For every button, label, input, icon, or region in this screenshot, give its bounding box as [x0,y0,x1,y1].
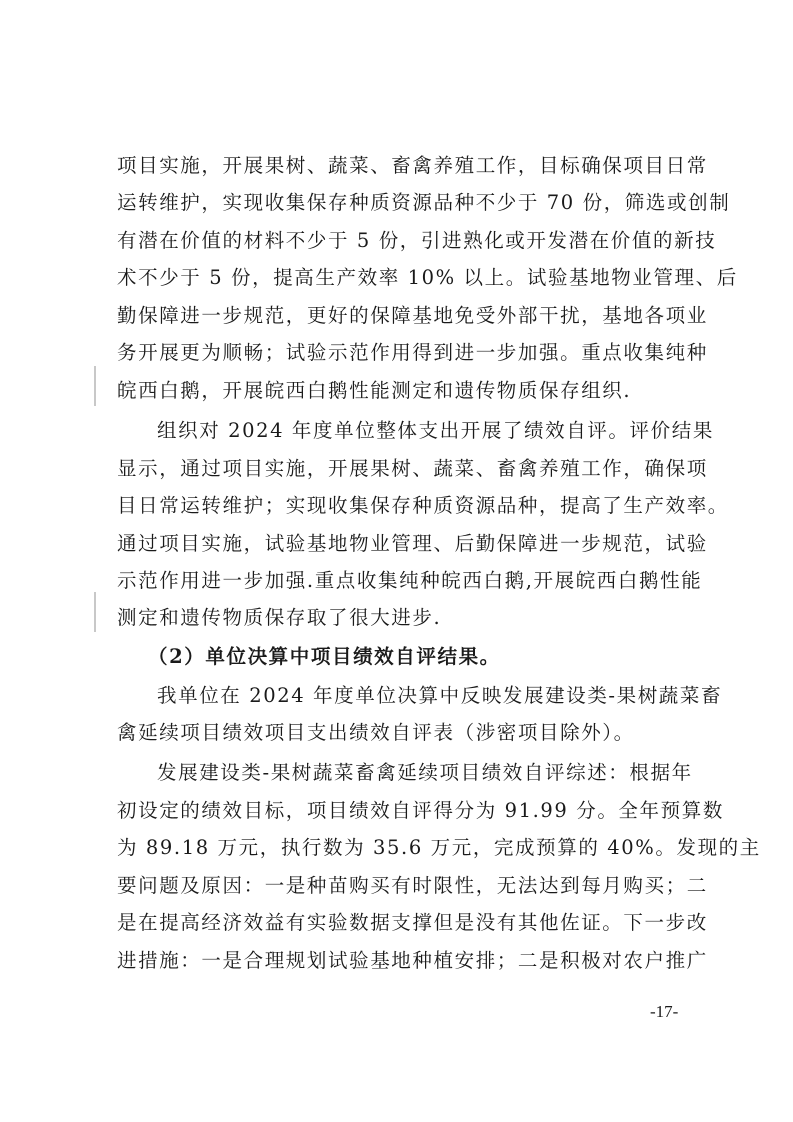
revision-bar [94,592,96,632]
paragraph-line: 发展建设类-果树蔬菜畜禽延续项目绩效自评综述：根据年 [157,759,682,787]
paragraph-line: 组织对 2024 年度单位整体支出开展了绩效自评。评价结果 [157,417,682,445]
paragraph-line: 我单位在 2024 年度单位决算中反映发展建设类-果树蔬菜畜 [157,682,682,710]
paragraph-line: 是在提高经济效益有实验数据支撑但是没有其他佐证。下一步改 [117,909,682,937]
paragraph-line: 为 89.18 万元，执行数为 35.6 万元，完成预算的 40%。发现的主 [117,834,682,862]
paragraph-line: 务开展更为顺畅；试验示范作用得到进一步加强。重点收集纯种 [117,339,682,367]
section-heading: （2）单位决算中项目绩效自评结果。 [148,643,673,671]
paragraph-line: 术不少于 5 份，提高生产效率 10% 以上。试验基地物业管理、后 [117,264,682,292]
page-number: -17- [650,1002,678,1022]
paragraph-line: 皖西白鹅，开展皖西白鹅性能测定和遗传物质保存组织. [117,377,682,405]
paragraph-line: 初设定的绩效目标，项目绩效自评得分为 91.99 分。全年预算数 [117,797,682,825]
paragraph-line: 进措施：一是合理规划试验基地种植安排；二是积极对农户推广 [117,947,682,975]
paragraph-line: 测定和遗传物质保存取了很大进步. [117,604,682,632]
paragraph-line: 项目实施，开展果树、蔬菜、畜禽养殖工作，目标确保项目日常 [117,152,682,180]
paragraph-line: 有潜在价值的材料不少于 5 份，引进熟化或开发潜在价值的新技 [117,227,682,255]
paragraph-line: 勤保障进一步规范，更好的保障基地免受外部干扰，基地各项业 [117,302,682,330]
paragraph-line: 示范作用进一步加强.重点收集纯种皖西白鹅,开展皖西白鹅性能 [117,567,682,595]
paragraph-line: 运转维护，实现收集保存种质资源品种不少于 70 份，筛选或创制 [117,189,682,217]
document-page: 项目实施，开展果树、蔬菜、畜禽养殖工作，目标确保项目日常 运转维护，实现收集保存… [0,0,793,1122]
paragraph-line: 显示，通过项目实施，开展果树、蔬菜、畜禽养殖工作，确保项 [117,455,682,483]
revision-bar [94,366,96,406]
paragraph-line: 通过项目实施，试验基地物业管理、后勤保障进一步规范，试验 [117,530,682,558]
paragraph-line: 要问题及原因：一是种苗购买有时限性，无法达到每月购买；二 [117,872,682,900]
paragraph-line: 禽延续项目绩效项目支出绩效自评表（涉密项目除外）。 [117,719,682,747]
paragraph-line: 目日常运转维护；实现收集保存种质资源品种，提高了生产效率。 [117,492,682,520]
